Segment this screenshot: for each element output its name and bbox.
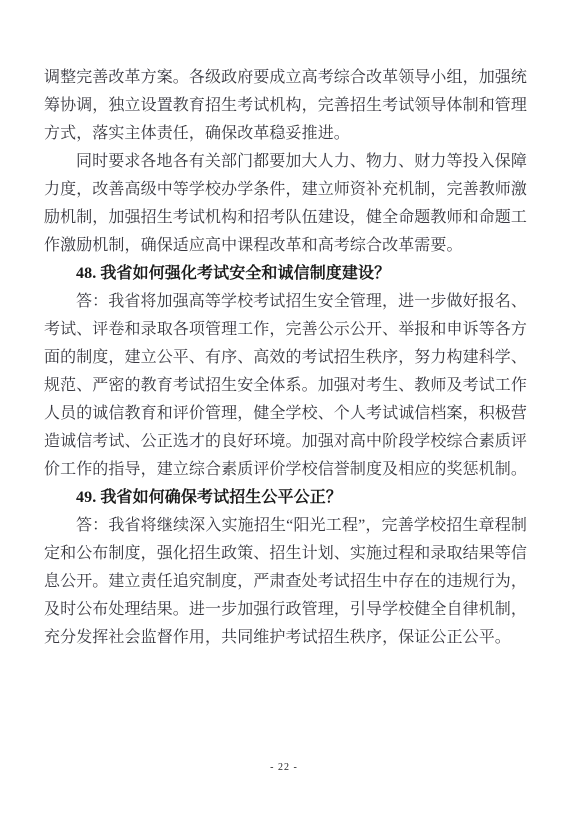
question-48-heading: 48. 我省如何强化考试安全和诚信制度建设？ <box>44 260 527 288</box>
answer-49-paragraph: 答：我省将继续深入实施招生“阳光工程”，完善学校招生章程制定和公布制度，强化招生… <box>44 512 527 652</box>
paragraph-resource-support: 同时要求各地各有关部门都要加大人力、物力、财力等投入保障力度，改善高级中等学校办… <box>44 148 527 260</box>
page-body-text: 调整完善改革方案。各级政府要成立高考综合改革领导小组，加强统筹协调，独立设置教育… <box>44 64 527 652</box>
document-page: 调整完善改革方案。各级政府要成立高考综合改革领导小组，加强统筹协调，独立设置教育… <box>0 0 568 825</box>
paragraph-reform-plan-continuation: 调整完善改革方案。各级政府要成立高考综合改革领导小组，加强统筹协调，独立设置教育… <box>44 64 527 148</box>
question-49-heading: 49. 我省如何确保考试招生公平公正？ <box>44 484 527 512</box>
page-number: - 22 - <box>0 762 568 773</box>
answer-48-paragraph: 答：我省将加强高等学校考试招生安全管理，进一步做好报名、考试、评卷和录取各项管理… <box>44 288 527 484</box>
